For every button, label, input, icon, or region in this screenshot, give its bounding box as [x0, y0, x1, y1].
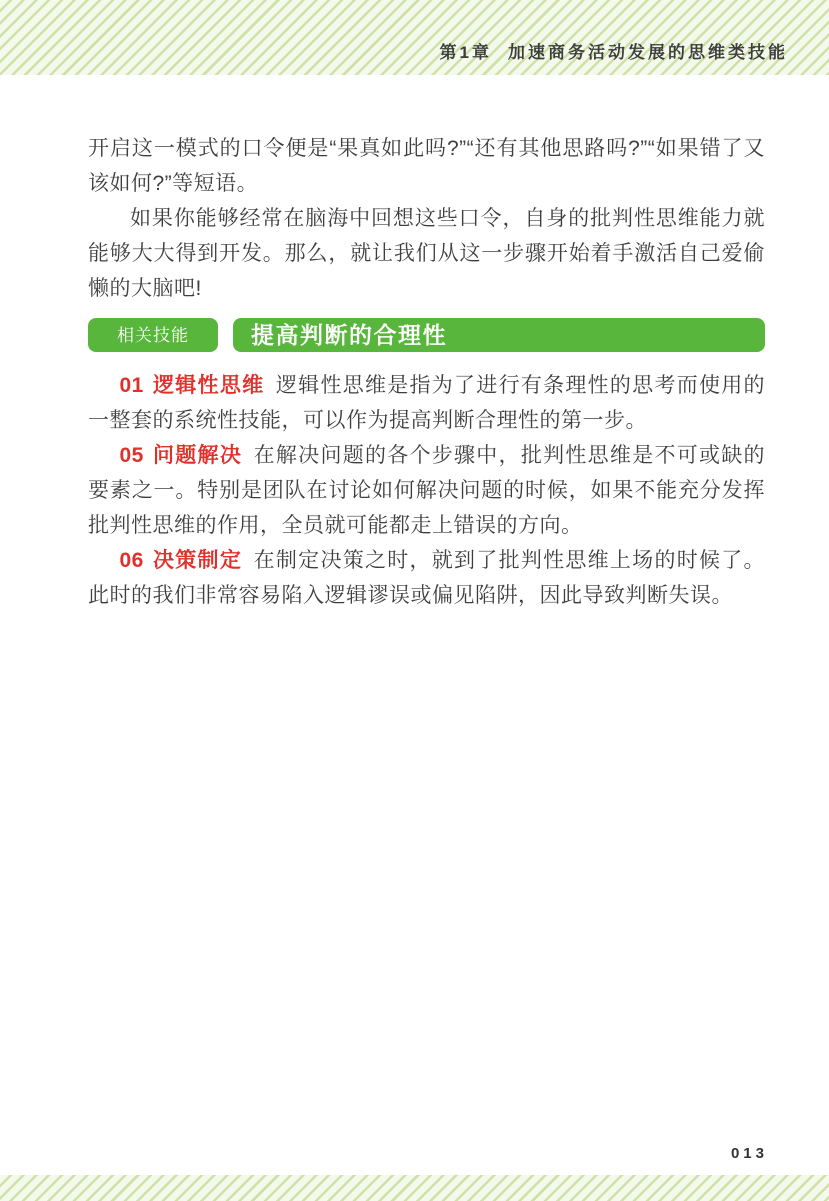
book-page: 第1章加速商务活动发展的思维类技能 开启这一模式的口令便是“果真如此吗?”“还有… — [0, 0, 829, 1201]
top-stripe-band: 第1章加速商务活动发展的思维类技能 — [0, 0, 829, 75]
banner-title: 提高判断的合理性 — [251, 318, 447, 353]
page-content: 开启这一模式的口令便是“果真如此吗?”“还有其他思路吗?”“如果错了又该如何?”… — [88, 131, 765, 613]
section-name: 问题解决 — [152, 444, 242, 467]
skill-section-decision-making: 06决策制定在制定决策之时，就到了批判性思维上场的时候了。此时的我们非常容易陷入… — [88, 543, 765, 613]
chapter-title: 加速商务活动发展的思维类技能 — [508, 43, 788, 62]
section-number: 06 — [120, 549, 144, 572]
bottom-stripe-band — [0, 1175, 829, 1201]
running-header: 第1章加速商务活动发展的思维类技能 — [440, 38, 788, 63]
related-skills-banner: 相关技能 提高判断的合理性 — [88, 318, 765, 352]
intro-paragraph-1: 开启这一模式的口令便是“果真如此吗?”“还有其他思路吗?”“如果错了又该如何?”… — [88, 131, 765, 201]
section-number: 01 — [120, 374, 144, 397]
section-label: 06决策制定 — [120, 549, 243, 572]
section-name: 逻辑性思维 — [152, 374, 264, 397]
section-label: 01逻辑性思维 — [120, 374, 265, 397]
skill-section-logical-thinking: 01逻辑性思维逻辑性思维是指为了进行有条理性的思考而使用的一整套的系统性技能，可… — [88, 368, 765, 438]
intro-paragraph-2: 如果你能够经常在脑海中回想这些口令，自身的批判性思维能力就能够大大得到开发。那么… — [88, 201, 765, 306]
section-label: 05问题解决 — [120, 444, 243, 467]
chapter-label: 第1章 — [440, 43, 492, 62]
skill-section-problem-solving: 05问题解决在解决问题的各个步骤中，批判性思维是不可或缺的要素之一。特别是团队在… — [88, 438, 765, 543]
section-number: 05 — [120, 444, 144, 467]
related-skills-badge: 相关技能 — [88, 318, 218, 352]
section-name: 决策制定 — [152, 549, 242, 572]
banner-title-bar: 提高判断的合理性 — [233, 318, 765, 352]
page-number: 013 — [731, 1145, 768, 1162]
